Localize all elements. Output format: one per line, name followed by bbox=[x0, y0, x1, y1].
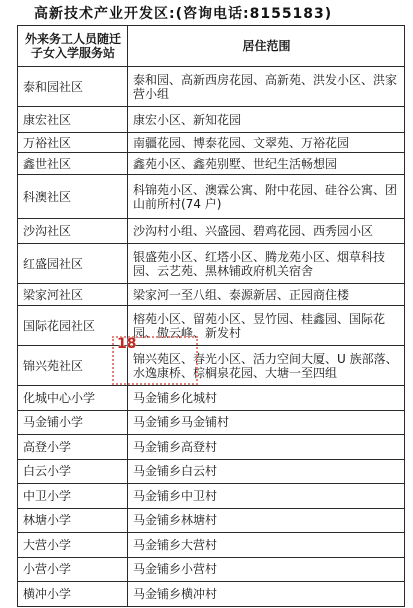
station-cell: 白云小学 bbox=[18, 459, 128, 484]
station-cell: 康宏社区 bbox=[18, 107, 128, 133]
table-row: 国际花园社区 榕苑小区、留苑小区、昱竹园、桂鑫园、国际花园、傲云峰、新发村 bbox=[18, 306, 405, 346]
table-row: 万裕社区 南疆花园、博泰花园、文翠苑、万裕花园 bbox=[18, 133, 405, 153]
range-cell: 科锦苑小区、澳霖公寓、附中花园、硅谷公寓、团山前所村(74 户) bbox=[128, 175, 405, 219]
station-cell: 高登小学 bbox=[18, 435, 128, 460]
range-cell: 马金铺乡高登村 bbox=[128, 435, 405, 460]
table-row: 白云小学 马金铺乡白云村 bbox=[18, 459, 405, 484]
range-cell: 泰和园、高新西房花园、高新苑、洪发小区、洪家营小组 bbox=[128, 67, 405, 107]
range-cell: 马金铺乡横冲村 bbox=[128, 582, 405, 607]
range-cell: 马金铺乡化城村 bbox=[128, 386, 405, 411]
station-cell: 沙沟社区 bbox=[18, 219, 128, 244]
station-cell: 林塘小学 bbox=[18, 508, 128, 533]
station-cell: 小营小学 bbox=[18, 557, 128, 582]
range-cell: 马金铺乡中卫村 bbox=[128, 484, 405, 509]
table-row: 科澳社区 科锦苑小区、澳霖公寓、附中花园、硅谷公寓、团山前所村(74 户) bbox=[18, 175, 405, 219]
table-row: 横冲小学 马金铺乡横冲村 bbox=[18, 582, 405, 607]
station-cell: 梁家河社区 bbox=[18, 284, 128, 306]
table-row: 中卫小学 马金铺乡中卫村 bbox=[18, 484, 405, 509]
range-cell: 马金铺乡白云村 bbox=[128, 459, 405, 484]
table-row: 林塘小学 马金铺乡林塘村 bbox=[18, 508, 405, 533]
station-cell: 大营小学 bbox=[18, 533, 128, 558]
station-cell: 化城中心小学 bbox=[18, 386, 128, 411]
table-header-row: 外来务工人员随迁子女入学服务站 居住范围 bbox=[18, 26, 405, 67]
document-page: 高新技术产业开发区:(咨询电话:8155183) 外来务工人员随迁子女入学服务站… bbox=[0, 0, 413, 608]
station-column-header: 外来务工人员随迁子女入学服务站 bbox=[18, 26, 128, 67]
station-cell: 科澳社区 bbox=[18, 175, 128, 219]
range-cell: 银盛苑小区、红塔小区、腾龙苑小区、烟草科技园、云艺苑、黑林铺政府机关宿舍 bbox=[128, 244, 405, 284]
table-row: 大营小学 马金铺乡大营村 bbox=[18, 533, 405, 558]
table-row: 沙沟社区 沙沟村小组、兴盛园、碧鸡花园、西秀园小区 bbox=[18, 219, 405, 244]
range-cell: 鑫苑小区、鑫苑别墅、世纪生活畅想园 bbox=[128, 153, 405, 175]
table-row: 小营小学 马金铺乡小营村 bbox=[18, 557, 405, 582]
range-cell: 康宏小区、新知花园 bbox=[128, 107, 405, 133]
station-cell: 锦兴苑社区 bbox=[18, 346, 128, 386]
service-station-table: 外来务工人员随迁子女入学服务站 居住范围 泰和园社区 泰和园、高新西房花园、高新… bbox=[17, 25, 405, 607]
range-cell: 马金铺乡林塘村 bbox=[128, 508, 405, 533]
station-cell: 马金铺小学 bbox=[18, 410, 128, 435]
station-cell: 中卫小学 bbox=[18, 484, 128, 509]
range-cell: 马金铺乡大营村 bbox=[128, 533, 405, 558]
range-cell: 马金铺乡马金铺村 bbox=[128, 410, 405, 435]
page-title: 高新技术产业开发区:(咨询电话:8155183) bbox=[34, 3, 332, 23]
table-row: 梁家河社区 梁家河一至八组、泰源新居、正园商住楼 bbox=[18, 284, 405, 306]
station-cell: 横冲小学 bbox=[18, 582, 128, 607]
range-cell: 沙沟村小组、兴盛园、碧鸡花园、西秀园小区 bbox=[128, 219, 405, 244]
station-cell: 万裕社区 bbox=[18, 133, 128, 153]
annotation-label: 18 bbox=[117, 337, 136, 352]
range-cell: 南疆花园、博泰花园、文翠苑、万裕花园 bbox=[128, 133, 405, 153]
range-cell: 梁家河一至八组、泰源新居、正园商住楼 bbox=[128, 284, 405, 306]
table-row: 高登小学 马金铺乡高登村 bbox=[18, 435, 405, 460]
table-row: 泰和园社区 泰和园、高新西房花园、高新苑、洪发小区、洪家营小组 bbox=[18, 67, 405, 107]
station-cell: 红盛园社区 bbox=[18, 244, 128, 284]
table-row: 鑫世社区 鑫苑小区、鑫苑别墅、世纪生活畅想园 bbox=[18, 153, 405, 175]
range-cell: 马金铺乡小营村 bbox=[128, 557, 405, 582]
table-row: 化城中心小学 马金铺乡化城村 bbox=[18, 386, 405, 411]
table-row: 红盛园社区 银盛苑小区、红塔小区、腾龙苑小区、烟草科技园、云艺苑、黑林铺政府机关… bbox=[18, 244, 405, 284]
table-row-jinxingyuan: 锦兴苑社区 锦兴苑区、春光小区、活力空间大厦、U 族部落、水逸康桥、棕榈泉花园、… bbox=[18, 346, 405, 386]
table-row: 康宏社区 康宏小区、新知花园 bbox=[18, 107, 405, 133]
range-column-header: 居住范围 bbox=[128, 26, 405, 67]
station-cell: 鑫世社区 bbox=[18, 153, 128, 175]
table-row: 马金铺小学 马金铺乡马金铺村 bbox=[18, 410, 405, 435]
station-cell: 国际花园社区 bbox=[18, 306, 128, 346]
station-cell: 泰和园社区 bbox=[18, 67, 128, 107]
